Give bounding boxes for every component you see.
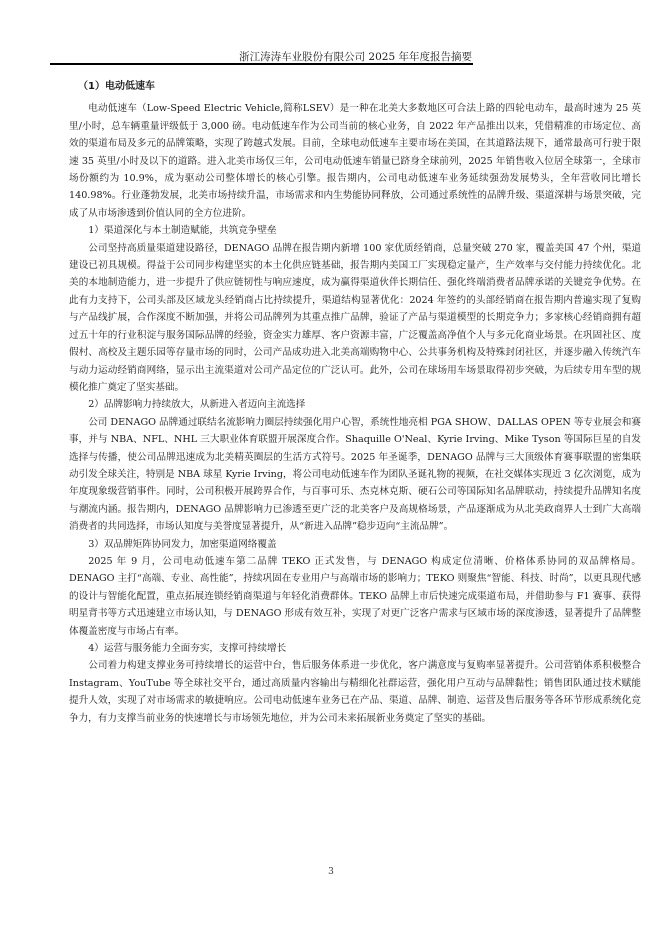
subsection-body: 公司着力构建支撑业务可持续增长的运营中台，售后服务体系进一步优化，客户满意度与复… bbox=[69, 657, 641, 727]
report-title: 浙江涛涛车业股份有限公司 2025 年年度报告摘要 bbox=[239, 49, 472, 64]
subsection-heading: 4）运营与服务能力全面夯实，支撑可持续增长 bbox=[69, 640, 641, 657]
subsection-heading: 1）渠道深化与本土制造赋能，共筑竞争壁垒 bbox=[69, 222, 641, 239]
intro-paragraph: 电动低速车（Low-Speed Electric Vehicle,简称LSEV）… bbox=[69, 100, 641, 222]
subsection-heading: 2）品牌影响力持续放大，从新进入者迈向主流选择 bbox=[69, 396, 641, 413]
subsection-body: 公司坚持高质量渠道建设路径，DENAGO 品牌在报告期内新增 100 家优质经销… bbox=[69, 240, 641, 397]
header-rule bbox=[50, 63, 473, 65]
section-title: （1）电动低速车 bbox=[78, 78, 641, 95]
subsection-body: 公司 DENAGO 品牌通过联结名流影响力圈层持续强化用户心智，系统性地亮相 P… bbox=[69, 414, 641, 536]
subsection-heading: 3）双品牌矩阵协同发力，加密渠道网络覆盖 bbox=[69, 536, 641, 553]
document-body: （1）电动低速车 电动低速车（Low-Speed Electric Vehicl… bbox=[69, 78, 641, 727]
page-number: 3 bbox=[0, 867, 662, 877]
subsection-body: 2025 年 9 月，公司电动低速车第二品牌 TEKO 正式发售，与 DENAG… bbox=[69, 553, 641, 640]
